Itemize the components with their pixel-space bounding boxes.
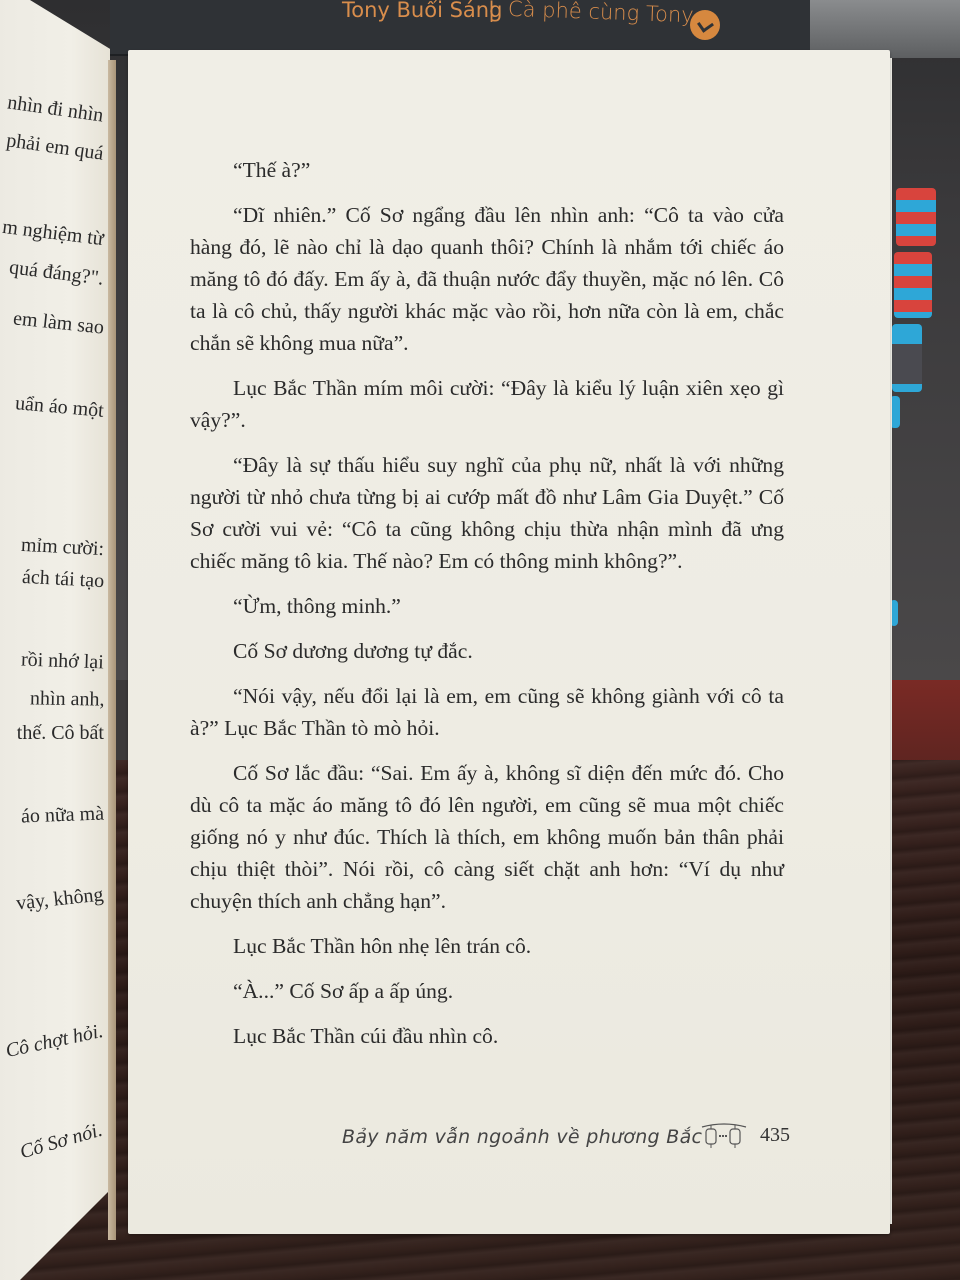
hanging-lanterns-icon (700, 1123, 748, 1149)
left-page-fragment: mỉm cười: (20, 534, 104, 561)
paragraph: “Đây là sự thấu hiểu suy nghĩ của phụ nữ… (190, 449, 784, 577)
background-book-cover: Tony Buổi Sáng | Cà phê cùng Tony (110, 0, 810, 56)
left-page-fragment: Cố Sơ nói. (18, 1119, 106, 1164)
left-page-fragment: vậy, không (15, 883, 105, 915)
left-page-fragment: phải em quá (5, 129, 105, 165)
candy-pack-icon (896, 188, 936, 246)
paragraph: Cố Sơ lắc đầu: “Sai. Em ấy à, không sĩ d… (190, 757, 784, 917)
left-page-fragment: thế. Cô bất (17, 722, 104, 745)
paragraph: Cố Sơ dương dương tự đắc. (190, 635, 784, 667)
left-page-fragment: uẩn áo một (14, 392, 105, 423)
paragraph: “Thế à?” (190, 154, 784, 186)
background-book-author: Tony Buổi Sáng (342, 0, 502, 22)
left-page-fragment: m nghiệm từ (1, 216, 105, 251)
candy-pack-icon (892, 324, 922, 392)
page-number: 435 (760, 1124, 790, 1147)
left-page-fragment: ách tái tạo (21, 566, 104, 593)
background-book-separator: | (488, 0, 495, 22)
left-page-fragment: áo nữa mà (21, 803, 105, 829)
candy-pack-icon (894, 252, 932, 318)
paragraph: “Nói vậy, nếu đổi lại là em, em cũng sẽ … (190, 680, 784, 744)
background-red-object (880, 680, 960, 770)
left-page-fragment: quá đáng?". (8, 256, 105, 290)
paragraph: Lục Bắc Thần mím môi cười: “Đây là kiểu … (190, 372, 784, 436)
left-page-fragment: rồi nhớ lại (21, 649, 105, 675)
paragraph: “Dĩ nhiên.” Cố Sơ ngẩng đầu lên nhìn anh… (190, 199, 784, 359)
publisher-logo-icon (690, 10, 720, 40)
left-page-fragment: em làm sao (12, 307, 105, 339)
paragraph: “Ừm, thông minh.” (190, 590, 784, 622)
page-body-text: “Thế à?” “Dĩ nhiên.” Cố Sơ ngẩng đầu lên… (190, 154, 784, 1052)
background-book-title: Cà phê cùng Tony (508, 0, 694, 27)
left-page-fragment: nhìn anh, (29, 687, 104, 711)
right-page: “Thế à?” “Dĩ nhiên.” Cố Sơ ngẩng đầu lên… (128, 50, 890, 1234)
left-page-fragment: nhìn đi nhìn (6, 91, 105, 127)
paragraph: Lục Bắc Thần hôn nhẹ lên trán cô. (190, 930, 784, 962)
paragraph: “À...” Cố Sơ ấp a ấp úng. (190, 975, 784, 1007)
left-page-fragment: Cô chợt hỏi. (4, 1020, 106, 1063)
running-footer: Bảy năm vẫn ngoảnh về phương Bắc (342, 1126, 702, 1148)
left-page-text: nhìn đi nhìn phải em quá m nghiệm từ quá… (0, 0, 112, 1280)
paragraph: Lục Bắc Thần cúi đầu nhìn cô. (190, 1020, 784, 1052)
